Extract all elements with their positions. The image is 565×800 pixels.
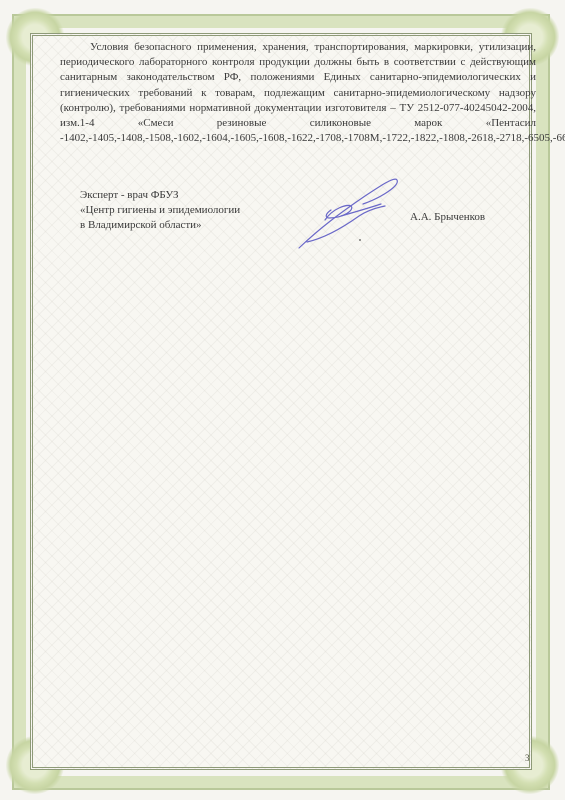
document-page: Условия безопасного применения, хранения… [0, 0, 565, 800]
conditions-paragraph: Условия безопасного применения, хранения… [60, 40, 536, 146]
signatory-name: А.А. Брыченков [410, 210, 485, 225]
page-number: 3 [525, 753, 530, 763]
document-body: Условия безопасного применения, хранения… [60, 40, 536, 146]
signature-block: Эксперт - врач ФБУЗ «Центр гигиены и эпи… [80, 188, 520, 248]
handwritten-signature-icon [285, 168, 415, 253]
